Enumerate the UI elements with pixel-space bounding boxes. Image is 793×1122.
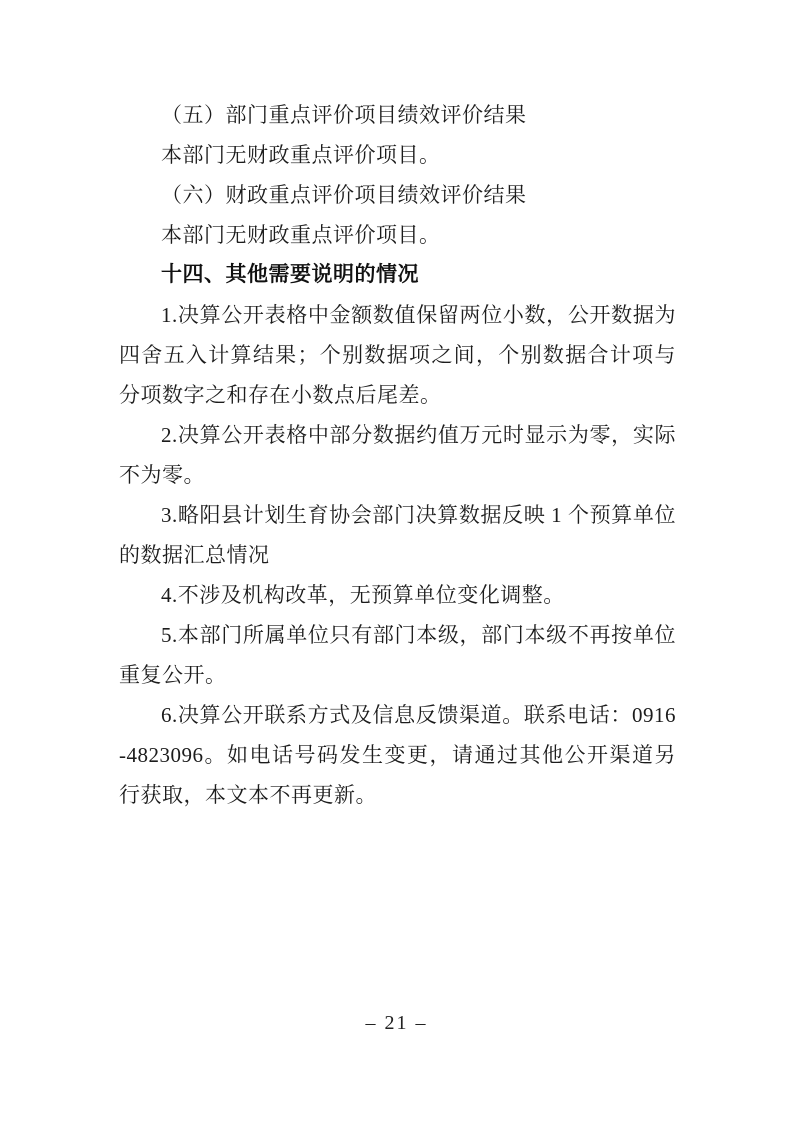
page-number: – 21 – [0, 1008, 793, 1038]
paragraph-note-4: 4.不涉及机构改革，无预算单位变化调整。 [119, 575, 676, 615]
paragraph-section-6-body: 本部门无财政重点评价项目。 [119, 215, 676, 255]
document-page: （五）部门重点评价项目绩效评价结果 本部门无财政重点评价项目。 （六）财政重点评… [0, 0, 793, 1122]
paragraph-section-5-title: （五）部门重点评价项目绩效评价结果 [119, 95, 676, 135]
document-body: （五）部门重点评价项目绩效评价结果 本部门无财政重点评价项目。 （六）财政重点评… [119, 95, 676, 815]
section-heading-14: 十四、其他需要说明的情况 [119, 255, 676, 295]
paragraph-note-6: 6.决算公开联系方式及信息反馈渠道。联系电话：0916-4823096。如电话号… [119, 695, 676, 815]
paragraph-note-1: 1.决算公开表格中金额数值保留两位小数，公开数据为四舍五入计算结果；个别数据项之… [119, 295, 676, 415]
paragraph-note-3: 3.略阳县计划生育协会部门决算数据反映 1 个预算单位的数据汇总情况 [119, 495, 676, 575]
paragraph-section-5-body: 本部门无财政重点评价项目。 [119, 135, 676, 175]
paragraph-note-5: 5.本部门所属单位只有部门本级，部门本级不再按单位重复公开。 [119, 615, 676, 695]
paragraph-note-2: 2.决算公开表格中部分数据约值万元时显示为零，实际不为零。 [119, 415, 676, 495]
paragraph-section-6-title: （六）财政重点评价项目绩效评价结果 [119, 175, 676, 215]
